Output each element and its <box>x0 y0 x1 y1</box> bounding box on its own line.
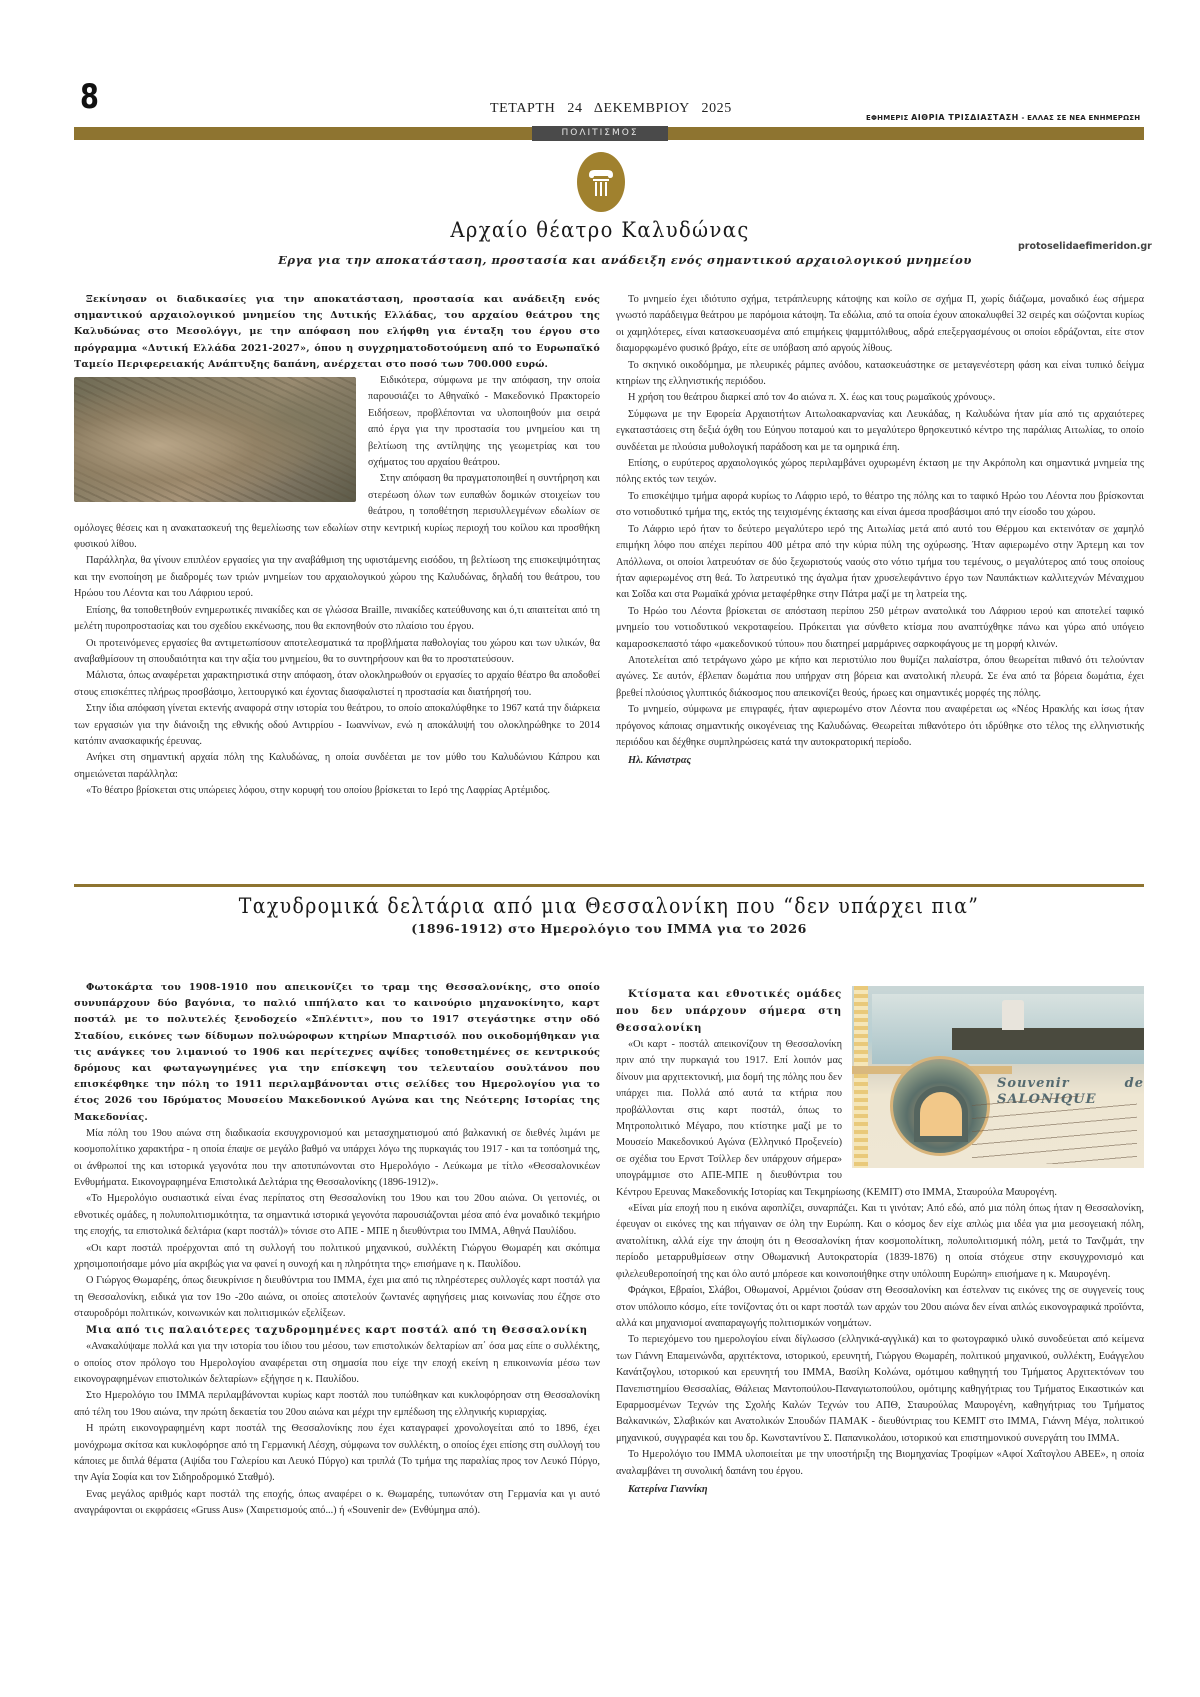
article1-right-column: Το μνημείο έχει ιδιότυπο σχήμα, τετράπλε… <box>616 292 1144 770</box>
paragraph: Φράγκοι, Εβραίοι, Σλάβοι, Οθωμανοί, Αρμέ… <box>616 1283 1144 1332</box>
section-label: ΠΟΛΙΤΙΣΜΟΣ <box>532 126 668 141</box>
article2-title: Ταχυδρομικά δελτάρια από μια Θεσσαλονίκη… <box>128 894 1091 918</box>
paragraph: Επίσης, θα τοποθετηθούν ενημερωτικές πιν… <box>74 603 600 636</box>
paragraph: Παράλληλα, θα γίνουν επιπλέον εργασίες γ… <box>74 553 600 602</box>
paragraph: Το περιεχόμενο του ημερολογίου είναι δίγ… <box>616 1332 1144 1447</box>
masthead-name: ΑΙΘΡΙΑ ΤΡΙΣΔΙΑΣΤΑΣΗ <box>911 113 1019 122</box>
masthead-suffix: - ΕΛΛΑΣ ΣΕ ΝΕΑ ΕΝΗΜΕΡΩΣΗ <box>1021 114 1140 122</box>
paragraph: Στο Ημερολόγιο του ΙΜΜΑ περιλαμβάνονται … <box>74 1388 600 1421</box>
postcard-handwriting <box>972 1096 1137 1164</box>
white-tower <box>1002 1000 1024 1030</box>
paragraph: Σύμφωνα με την Εφορεία Αρχαιοτήτων Αιτωλ… <box>616 407 1144 456</box>
postcard-arch <box>914 1086 968 1142</box>
paragraph: Ενας μεγάλος αριθμός καρτ ποστάλ της επο… <box>74 1487 600 1520</box>
paragraph: «Ανακαλύψαμε πολλά και για την ιστορία τ… <box>74 1339 600 1388</box>
paragraph: Μία πόλη του 19ου αιώνα στη διαδικασία ε… <box>74 1126 600 1192</box>
masthead-prefix: ΕΦΗΜΕΡΙΣ <box>866 114 908 122</box>
paragraph: Αποτελείται από τετράγωνο χώρο με κήπο κ… <box>616 653 1144 702</box>
paragraph: Ανήκει στη σημαντική αρχαία πόλη της Καλ… <box>74 750 600 783</box>
paragraph: Επίσης, ο ευρύτερος αρχαιολογικός χώρος … <box>616 456 1144 489</box>
watermark: protoselidaefimeridon.gr <box>1018 241 1152 252</box>
paragraph: Το μνημείο έχει ιδιότυπο σχήμα, τετράπλε… <box>616 292 1144 358</box>
paragraph: Οι προτεινόμενες εργασίες θα αντιμετωπίσ… <box>74 636 600 669</box>
paragraph: Το Ημερολόγιο του ΙΜΜΑ υλοποιείται με τη… <box>616 1447 1144 1480</box>
paragraph: «Το θέατρο βρίσκεται στις υπώρειες λόφου… <box>74 783 600 799</box>
article2-left-column: Φωτοκάρτα του 1908-1910 που απεικονίζει … <box>74 980 600 1520</box>
postcard-border <box>854 986 868 1168</box>
article1-title: Αρχαίο θέατρο Καλυδώνας <box>395 218 804 242</box>
article1-author: Ηλ. Κάνιστρας <box>616 753 1144 769</box>
paragraph: Το Ηρώο του Λέοντα βρίσκεται σε απόσταση… <box>616 604 1144 653</box>
masthead: ΕΦΗΜΕΡΙΣ ΑΙΘΡΙΑ ΤΡΙΣΔΙΑΣΤΑΣΗ - ΕΛΛΑΣ ΣΕ … <box>866 113 1140 122</box>
paragraph: Το Λάφριο ιερό ήταν το δεύτερο μεγαλύτερ… <box>616 522 1144 604</box>
ionic-column-icon <box>577 152 625 212</box>
paragraph: Στην ίδια απόφαση γίνεται εκτενής αναφορ… <box>74 701 600 750</box>
issue-date: ΤΕΤΑΡΤΗ 24 ΔΕΚΕΜΒΡΙΟΥ 2025 <box>490 101 732 117</box>
paragraph: Ο Γιώργος Θωμαρέης, όπως διευκρίνισε η δ… <box>74 1273 600 1322</box>
article2-lead: Φωτοκάρτα του 1908-1910 που απεικονίζει … <box>74 980 600 1126</box>
article1-subtitle: Εργα για την αποκατάσταση, προστασία και… <box>240 253 1010 267</box>
article2-subhead: Μια από τις παλαιότερες ταχυδρομημένες κ… <box>74 1323 600 1339</box>
article1-left-column: Ξεκίνησαν οι διαδικασίες για την αποκατά… <box>74 292 600 800</box>
paragraph: «Το Ημερολόγιο ουσιαστικά είναι ένας περ… <box>74 1191 600 1240</box>
article1-lead: Ξεκίνησαν οι διαδικασίες για την αποκατά… <box>74 292 600 373</box>
article2-subtitle: (1896-1912) στο Ημερολόγιο του ΙΜΜΑ για … <box>74 921 1144 936</box>
paragraph: Το σκηνικό οικοδόμημα, με πλευρικές ράμπ… <box>616 358 1144 391</box>
postcard-image: Souvenir de SALONIQUE <box>852 986 1144 1168</box>
paragraph: Το επισκέψιμο τμήμα αφορά κυρίως το Λάφρ… <box>616 489 1144 522</box>
paragraph: Η πρώτη εικονογραφημένη καρτ ποστάλ της … <box>74 1421 600 1487</box>
article2-right-column: Souvenir de SALONIQUE Κτίσματα και εθνοτ… <box>616 986 1144 1498</box>
page-number: 8 <box>80 80 99 114</box>
paragraph: «Είναι μία εποχή που η εικόνα αφοπλίζει,… <box>616 1201 1144 1283</box>
paragraph: «Οι καρτ ποστάλ προέρχονται από τη συλλο… <box>74 1241 600 1274</box>
postcard-waterfront <box>952 1028 1144 1050</box>
article1-photo <box>74 377 356 502</box>
article-divider <box>74 884 1144 887</box>
paragraph: Το μνημείο, σύμφωνα με επιγραφές, ήταν α… <box>616 702 1144 751</box>
paragraph: Η χρήση του θεάτρου διαρκεί από τον 4ο α… <box>616 390 1144 406</box>
article2-author: Κατερίνα Γιαννίκη <box>616 1482 1144 1498</box>
paragraph: Μάλιστα, όπως αναφέρεται χαρακτηριστικά … <box>74 668 600 701</box>
